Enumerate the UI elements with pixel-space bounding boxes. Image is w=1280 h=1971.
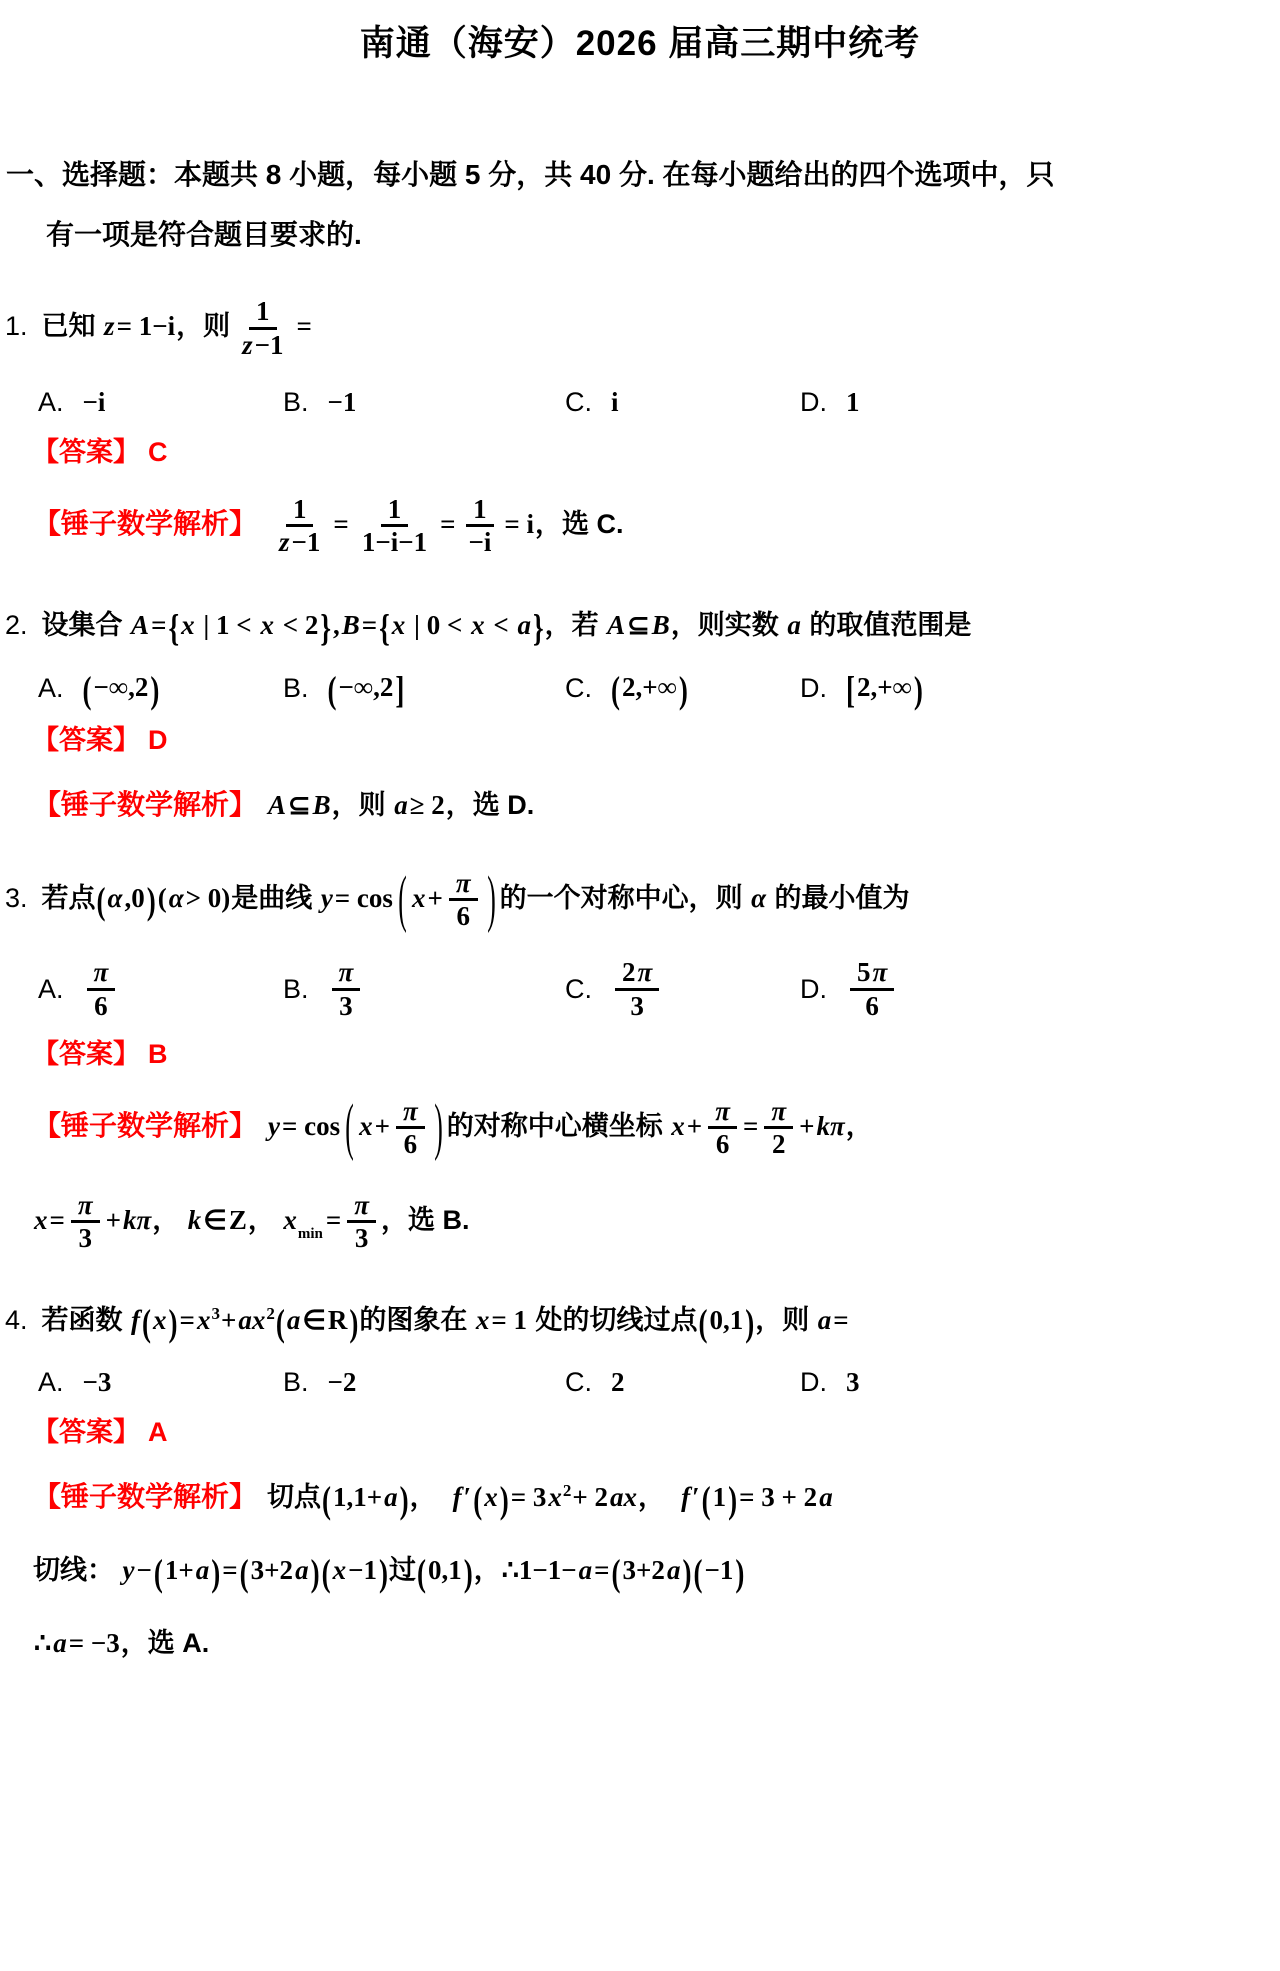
math-run: > 0)	[186, 883, 231, 913]
option-value: −i	[82, 387, 107, 418]
fraction-denominator: 3	[623, 991, 651, 1020]
superscript: 3	[211, 1304, 220, 1323]
option-C: C.(2,+∞)	[565, 672, 800, 706]
question-3: 3.若点(α,0)(α> 0)是曲线 y= cos(x+π6)的一个对称中心，则…	[0, 869, 1280, 1253]
bracket: )	[745, 1302, 754, 1346]
question-number: 4.	[5, 1305, 28, 1335]
math-variable: α	[169, 883, 184, 913]
big-paren: )	[434, 1091, 443, 1164]
text-run: 的取值范围是	[802, 610, 972, 640]
math-run: ∈	[302, 1305, 326, 1335]
bracket: (	[699, 1302, 708, 1346]
bracket: )	[211, 1552, 220, 1596]
option-label: B.	[283, 1367, 309, 1398]
fraction: 2π3	[615, 958, 659, 1020]
bracket: )	[169, 1302, 178, 1346]
math-variable: x	[283, 1205, 297, 1235]
math-variable: a	[818, 1305, 832, 1335]
math-variable: a	[667, 1555, 681, 1585]
math-variable: A	[607, 610, 625, 640]
exam-title: 南通（海安）2026 届高三期中统考	[0, 0, 1280, 66]
bracket: (	[83, 668, 92, 712]
math-variable: f	[681, 1482, 690, 1512]
bracket: (	[417, 1552, 426, 1596]
text-run: 的对称中心横坐标	[447, 1111, 671, 1141]
answer-value: A	[148, 1417, 168, 1447]
question-stem: 1.已知 z= 1−i，则1z−1=	[0, 297, 1280, 359]
fraction-numerator: π	[71, 1191, 100, 1223]
fraction: π3	[332, 958, 361, 1020]
math-run: | 1 <	[197, 610, 259, 640]
bracket: )	[147, 879, 156, 923]
bracket: (	[322, 1552, 331, 1596]
math-run: ≥ 2	[410, 790, 445, 820]
math-run: =	[222, 1555, 237, 1585]
math-variable: π	[354, 1190, 369, 1220]
text-run: 若点	[42, 883, 96, 913]
analysis-block: 【锤子数学解析】切点(1,1+a)， f′(x)= 3x2+ 2ax， f′(1…	[0, 1475, 1280, 1660]
fraction-numerator: 1	[466, 495, 494, 527]
answer-label: 【答案】	[32, 1417, 140, 1447]
fraction-denominator: 3	[72, 1223, 100, 1252]
math-run: 1,1+	[333, 1482, 382, 1512]
math-variable: z	[279, 527, 290, 557]
options-row: A.−iB.−1C.iD.1	[0, 387, 1280, 418]
math-variable: z	[242, 330, 253, 360]
math-run: +	[427, 883, 442, 913]
option-label: A.	[38, 387, 64, 418]
math-variable: π	[873, 957, 888, 987]
math-run: −1	[348, 1555, 377, 1585]
option-B: B.(−∞,2]	[283, 672, 565, 706]
math-variable: kπ	[816, 1111, 844, 1141]
section-header-line2: 有一项是符合题目要求的.	[6, 218, 1280, 252]
math-run: −i	[83, 387, 106, 417]
bracket: }	[320, 606, 331, 650]
math-variable: y	[123, 1555, 135, 1585]
math-run: −∞,2	[94, 672, 149, 702]
math-run: +	[106, 1205, 121, 1235]
answer-label: 【答案】	[32, 1039, 140, 1069]
text-run: ，选 D.	[446, 790, 535, 820]
math-run: +	[799, 1111, 814, 1141]
big-paren: (	[398, 863, 407, 936]
fraction-denominator: 6	[397, 1129, 425, 1158]
analysis-line: 切线： y−(1+a)=(3+2a)(x−1)过(0,1)，∴1−1−a=(3+…	[0, 1548, 1280, 1589]
math-variable: kπ	[123, 1205, 151, 1235]
math-variable: x	[153, 1305, 167, 1335]
bracket: (	[611, 668, 620, 712]
bracket: )	[679, 668, 688, 712]
math-variable: a	[787, 610, 801, 640]
fraction-numerator: π	[347, 1191, 376, 1223]
option-B: B.π3	[283, 958, 565, 1020]
option-value: (−∞,2]	[327, 672, 406, 706]
option-C: C.2π3	[565, 958, 800, 1020]
math-run: | 0 <	[407, 610, 469, 640]
math-run: 6	[94, 991, 108, 1021]
fraction-denominator: 6	[87, 991, 115, 1020]
math-run: 0,1	[710, 1305, 744, 1335]
bracket: )	[914, 668, 923, 712]
math-run: 6	[456, 901, 470, 931]
option-C: C.i	[565, 387, 800, 418]
fraction: 11−i−1	[355, 495, 434, 557]
text-run: ，	[846, 1111, 873, 1141]
options-row: A.π6B.π3C.2π3D.5π6	[0, 958, 1280, 1020]
fraction: 5π6	[850, 958, 894, 1020]
fraction-numerator: 2π	[615, 958, 659, 990]
math-run: ′	[464, 1482, 472, 1512]
fraction-denominator: 2	[765, 1129, 793, 1158]
math-run: 2	[772, 1129, 786, 1159]
analysis-line: 【锤子数学解析】y= cos(x+π6)的对称中心横坐标 x+π6=π2+kπ，	[0, 1097, 1280, 1159]
question-stem: 4.若函数 f(x)=x3+ax2(a∈R)的图象在 x= 1 处的切线过点(0…	[0, 1298, 1280, 1339]
math-run: 1+	[165, 1555, 194, 1585]
bracket: (	[240, 1552, 249, 1596]
text-run: 的图象在	[359, 1305, 475, 1335]
bracket: (	[276, 1302, 285, 1346]
bracket: )	[682, 1552, 691, 1596]
fraction: π6	[87, 958, 116, 1020]
analysis-block: 【锤子数学解析】y= cos(x+π6)的对称中心横坐标 x+π6=π2+kπ，…	[0, 1097, 1280, 1252]
math-run: =	[297, 311, 312, 341]
bracket: )	[400, 1479, 409, 1523]
math-run: 3	[79, 1223, 93, 1253]
answer-line: 【答案】C	[0, 430, 1280, 469]
math-run: 3+2	[251, 1555, 293, 1585]
fraction-denominator: z−1	[272, 527, 327, 556]
bracket: (	[702, 1479, 711, 1523]
big-paren: )	[487, 863, 496, 936]
math-variable: x	[484, 1482, 498, 1512]
math-variable: a	[53, 1628, 67, 1658]
fraction-numerator: 5π	[850, 958, 894, 990]
option-value: −1	[327, 387, 358, 418]
math-variable: x	[671, 1111, 685, 1141]
question-stem: 3.若点(α,0)(α> 0)是曲线 y= cos(x+π6)的一个对称中心，则…	[0, 869, 1280, 931]
options-row: A.−3B.−2C.2D.3	[0, 1367, 1280, 1398]
analysis-line: x=π3+kπ， k∈Z， xmin=π3，选 B.	[0, 1191, 1280, 1253]
question-number: 3.	[5, 883, 28, 913]
math-run: (	[158, 883, 167, 913]
text-run: 设集合	[42, 610, 131, 640]
math-variable: ax	[238, 1305, 265, 1335]
fraction-denominator: 3	[332, 991, 360, 1020]
fraction-numerator: π	[708, 1097, 737, 1129]
math-run: =	[362, 610, 377, 640]
math-variable: a	[384, 1482, 398, 1512]
math-run: ,	[333, 610, 340, 640]
math-variable: x	[333, 1555, 347, 1585]
answer-line: 【答案】A	[0, 1410, 1280, 1449]
option-label: C.	[565, 673, 592, 704]
option-label: D.	[800, 673, 827, 704]
math-run: −1	[328, 387, 357, 417]
math-run: 1−i−1	[362, 527, 427, 557]
math-variable: A	[268, 790, 286, 820]
math-variable: ax	[610, 1482, 637, 1512]
math-variable: π	[771, 1096, 786, 1126]
math-run: +	[375, 1111, 390, 1141]
big-paren: (	[345, 1091, 354, 1164]
math-set-symbol: R	[328, 1305, 348, 1335]
math-run: = −3	[69, 1628, 120, 1658]
text-run: ，	[638, 1482, 680, 1512]
fraction: π2	[764, 1097, 793, 1159]
option-value: 5π6	[845, 958, 899, 1020]
math-variable: α	[108, 883, 123, 913]
bracket: (	[693, 1552, 702, 1596]
math-run: 3	[630, 991, 644, 1021]
math-run: 5	[857, 957, 871, 987]
math-variable: x	[181, 610, 195, 640]
math-variable: π	[456, 868, 471, 898]
math-run: −	[137, 1555, 152, 1585]
bracket: )	[728, 1479, 737, 1523]
bracket: (	[612, 1552, 621, 1596]
option-label: D.	[800, 387, 827, 418]
analysis-block: 【锤子数学解析】1z−1=11−i−1=1−i= i，选 C.	[0, 495, 1280, 557]
math-run: =	[151, 610, 166, 640]
option-label: C.	[565, 387, 592, 418]
math-variable: B	[313, 790, 331, 820]
math-run: 2,+∞	[857, 672, 912, 702]
analysis-line: 【锤子数学解析】1z−1=11−i−1=1−i= i，选 C.	[0, 495, 1280, 557]
analysis-line: 【锤子数学解析】A⊆B，则 a≥ 2，选 D.	[0, 783, 1280, 823]
fraction: π6	[449, 869, 478, 931]
option-value: −3	[82, 1367, 113, 1398]
subscript: min	[298, 1226, 323, 1242]
math-variable: k	[188, 1205, 202, 1235]
analysis-label: 【锤子数学解析】	[33, 508, 257, 539]
bracket: (	[154, 1552, 163, 1596]
math-variable: π	[78, 1190, 93, 1220]
option-label: C.	[565, 1367, 592, 1398]
question-2: 2.设集合 A={x | 1 < x < 2},B={x | 0 < x < a…	[0, 603, 1280, 823]
answer-label: 【答案】	[32, 437, 140, 467]
bracket: (	[142, 1302, 151, 1346]
section-header: 一、选择题：本题共 8 小题，每小题 5 分，共 40 分. 在每小题给出的四个…	[0, 158, 1280, 251]
option-A: A.π6	[38, 958, 283, 1020]
math-run: =	[326, 1205, 341, 1235]
math-variable: f	[131, 1305, 140, 1335]
math-variable: a	[287, 1305, 301, 1335]
math-run: ′	[692, 1482, 700, 1512]
fraction-numerator: π	[87, 958, 116, 990]
option-D: D.5π6	[800, 958, 1280, 1020]
math-run: 6	[716, 1129, 730, 1159]
fraction: π3	[347, 1191, 376, 1253]
math-variable: x	[359, 1111, 373, 1141]
math-run: = 3	[511, 1482, 547, 1512]
math-run: =	[180, 1305, 195, 1335]
text-run: ，	[474, 1555, 501, 1585]
bracket: }	[533, 606, 544, 650]
math-variable: x	[197, 1305, 211, 1335]
math-run: = cos	[282, 1111, 340, 1141]
bracket: {	[379, 606, 390, 650]
math-run: −1	[255, 330, 284, 360]
option-D: D.[2,+∞)	[800, 672, 1280, 706]
math-variable: x	[471, 610, 485, 640]
math-run: +	[687, 1111, 702, 1141]
option-label: B.	[283, 673, 309, 704]
math-variable: x	[412, 883, 426, 913]
answer-label: 【答案】	[32, 725, 140, 755]
fraction-denominator: 6	[858, 991, 886, 1020]
fraction-numerator: π	[396, 1097, 425, 1129]
option-label: A.	[38, 1367, 64, 1398]
math-run: 1	[846, 387, 860, 417]
fraction: π6	[708, 1097, 737, 1159]
math-run: 3+2	[623, 1555, 665, 1585]
math-run: −1	[704, 1555, 733, 1585]
fraction-numerator: 1	[381, 495, 409, 527]
fraction: π6	[396, 1097, 425, 1159]
option-B: B.−2	[283, 1367, 565, 1398]
fraction: π3	[71, 1191, 100, 1253]
option-value: π6	[82, 958, 121, 1020]
math-run: −3	[83, 1367, 112, 1397]
option-label: B.	[283, 974, 309, 1005]
bracket: [	[846, 668, 855, 712]
analysis-line: ∴a= −3，选 A.	[0, 1621, 1280, 1660]
math-run: = cos	[335, 883, 393, 913]
math-variable: B	[342, 610, 360, 640]
answer-value: B	[148, 1039, 168, 1069]
analysis-label: 【锤子数学解析】	[33, 789, 257, 820]
fraction-denominator: 3	[348, 1223, 376, 1252]
math-run: =	[594, 1555, 609, 1585]
option-value: (−∞,2)	[82, 672, 161, 706]
math-run: 2	[611, 1367, 625, 1397]
math-variable: x	[548, 1482, 562, 1512]
math-run: 3	[339, 991, 353, 1021]
math-variable: π	[403, 1096, 418, 1126]
bracket: )	[464, 1552, 473, 1596]
bracket: (	[322, 1479, 331, 1523]
bracket: ]	[395, 668, 404, 712]
math-run: −i	[468, 527, 491, 557]
math-run: ∈	[203, 1205, 227, 1235]
fraction: 1z−1	[272, 495, 327, 557]
question-stem: 2.设集合 A={x | 1 < x < 2},B={x | 0 < x < a…	[0, 603, 1280, 644]
math-variable: π	[94, 957, 109, 987]
option-D: D.3	[800, 1367, 1280, 1398]
section-header-line1: 一、选择题：本题共 8 小题，每小题 5 分，共 40 分. 在每小题给出的四个…	[6, 158, 1280, 192]
answer-value: C	[148, 437, 168, 467]
bracket: )	[311, 1552, 320, 1596]
text-run: ，则实数	[671, 610, 787, 640]
math-run: i	[611, 387, 619, 417]
math-run: −∞,2	[339, 672, 394, 702]
math-run: 1	[388, 494, 402, 524]
math-variable: y	[268, 1111, 280, 1141]
option-D: D.1	[800, 387, 1280, 418]
exam-page: 南通（海安）2026 届高三期中统考 一、选择题：本题共 8 小题，每小题 5 …	[0, 0, 1280, 1660]
option-label: C.	[565, 974, 592, 1005]
fraction-denominator: z−1	[235, 330, 290, 359]
math-run: 2	[622, 957, 636, 987]
fraction-numerator: 1	[286, 495, 314, 527]
math-variable: y	[321, 883, 333, 913]
math-run: = 1−i	[117, 311, 176, 341]
text-run: ，选 B.	[381, 1205, 470, 1235]
math-run: 1	[473, 494, 487, 524]
text-run: 的最小值为	[767, 883, 910, 913]
fraction-denominator: 1−i−1	[355, 527, 434, 556]
math-variable: a	[579, 1555, 593, 1585]
option-A: A.−3	[38, 1367, 283, 1398]
math-run: 6	[865, 991, 879, 1021]
math-run: −2	[328, 1367, 357, 1397]
option-B: B.−1	[283, 387, 565, 418]
option-A: A.−i	[38, 387, 283, 418]
math-variable: z	[104, 311, 115, 341]
bracket: )	[150, 668, 159, 712]
math-run: = 1	[491, 1305, 527, 1335]
math-run: −1	[292, 527, 321, 557]
math-run: + 2	[572, 1482, 608, 1512]
text-run: ，则	[332, 790, 394, 820]
math-run: 2,+∞	[622, 672, 677, 702]
text-run: ，选 C.	[535, 509, 624, 539]
option-label: A.	[38, 673, 64, 704]
questions: 1.已知 z= 1−i，则1z−1=A.−iB.−1C.iD.1【答案】C【锤子…	[0, 297, 1280, 1660]
math-variable: π	[715, 1096, 730, 1126]
math-run: 3	[846, 1367, 860, 1397]
text-run: 已知	[42, 311, 104, 341]
question-4: 4.若函数 f(x)=x3+ax2(a∈R)的图象在 x= 1 处的切线过点(0…	[0, 1298, 1280, 1660]
fraction-numerator: π	[332, 958, 361, 990]
bracket: )	[349, 1302, 358, 1346]
option-value: π3	[327, 958, 366, 1020]
math-variable: x	[392, 610, 406, 640]
math-variable: α	[751, 883, 766, 913]
answer-value: D	[148, 725, 168, 755]
fraction: 1z−1	[235, 297, 290, 359]
option-value: 1	[845, 387, 861, 418]
math-run: =	[743, 1111, 758, 1141]
fraction: 1−i	[461, 495, 498, 557]
math-run: <	[487, 610, 516, 640]
math-run: 1	[293, 494, 307, 524]
math-run: +	[221, 1305, 236, 1335]
option-value: [2,+∞)	[845, 672, 924, 706]
option-label: D.	[800, 974, 827, 1005]
option-value: (2,+∞)	[610, 672, 689, 706]
fraction-numerator: π	[449, 869, 478, 901]
answer-line: 【答案】B	[0, 1032, 1280, 1071]
fraction-denominator: −i	[461, 527, 498, 556]
math-run: ,0	[124, 883, 144, 913]
bracket: )	[735, 1552, 744, 1596]
option-value: 2π3	[610, 958, 664, 1020]
math-run: ∴	[34, 1628, 51, 1658]
bracket: )	[379, 1552, 388, 1596]
math-run: < 2	[276, 610, 318, 640]
math-variable: a	[295, 1555, 309, 1585]
math-variable: a	[394, 790, 408, 820]
math-run: ⊆	[288, 790, 311, 820]
option-value: 2	[610, 1367, 626, 1398]
math-run: =	[50, 1205, 65, 1235]
math-variable: π	[339, 957, 354, 987]
math-run: 6	[404, 1129, 418, 1159]
text-run: ，选 A.	[121, 1628, 210, 1658]
option-value: −2	[327, 1367, 358, 1398]
